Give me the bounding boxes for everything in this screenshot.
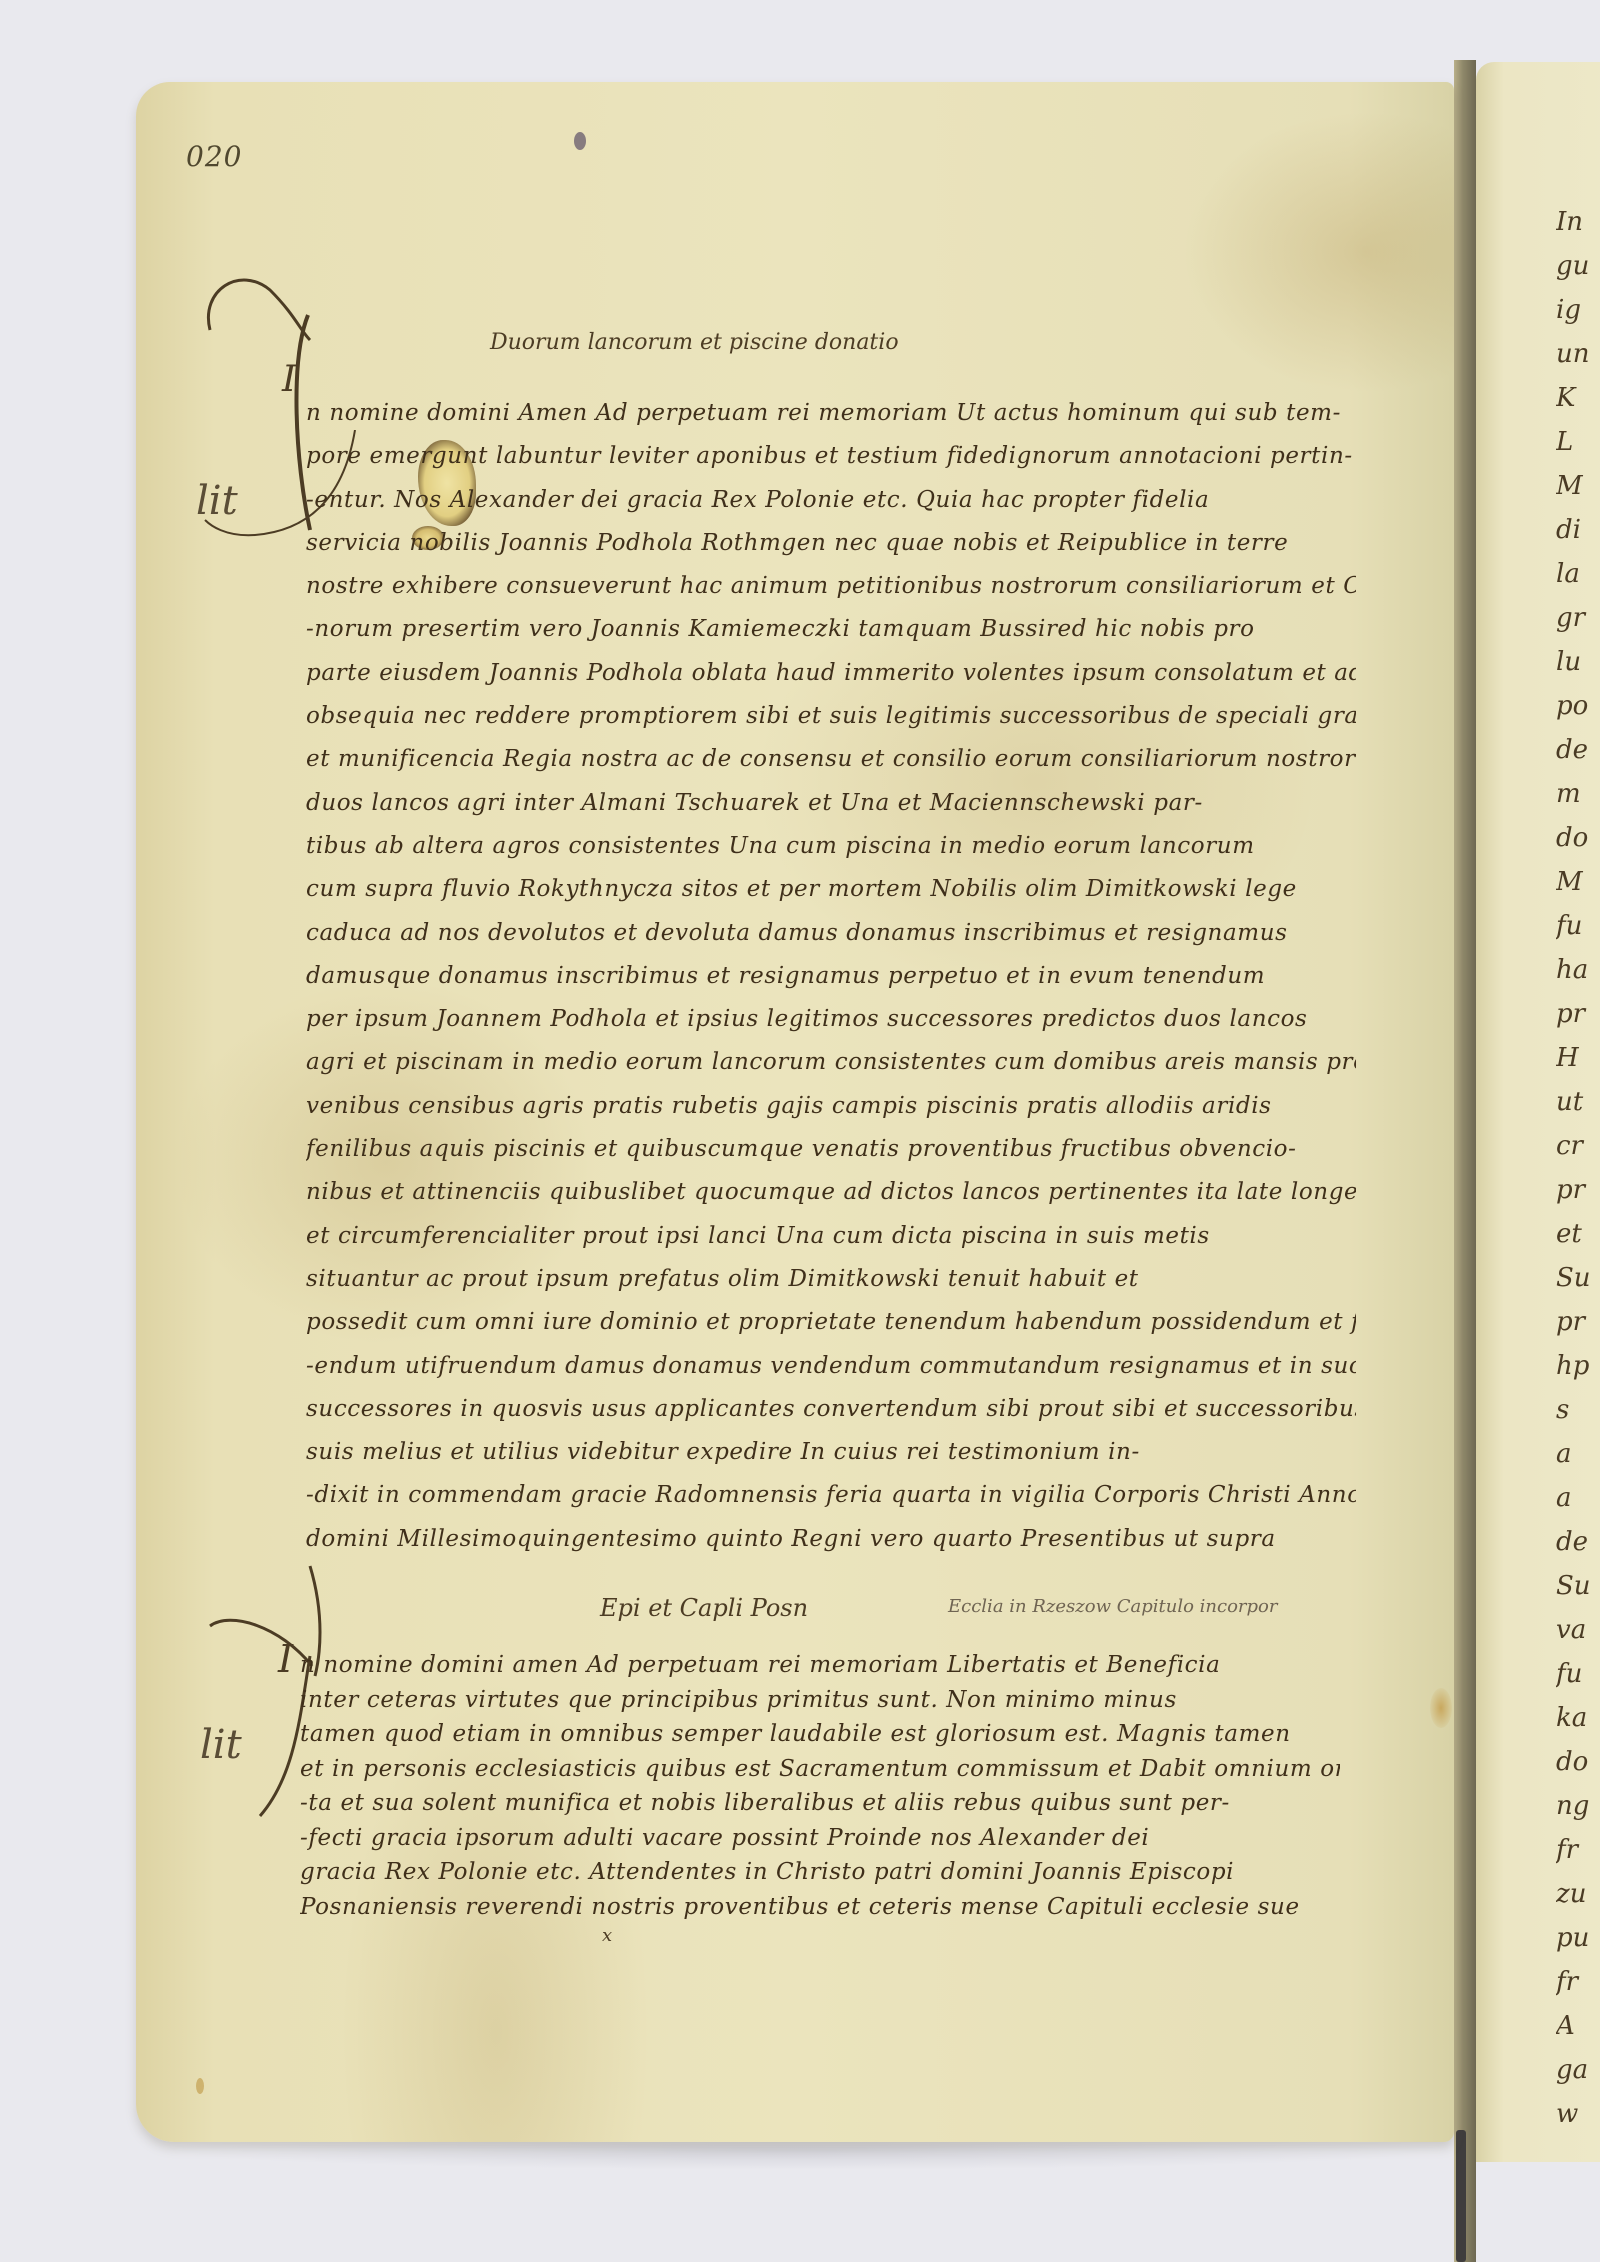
facing-page-fragment: un [1556, 332, 1600, 376]
facing-page-fragment: pr [1556, 992, 1600, 1036]
facing-page-fragment: do [1556, 816, 1600, 860]
stain-bottom [196, 2078, 204, 2094]
folio-number: 020 [186, 140, 242, 173]
entry-1-margin-mark: lit [196, 478, 238, 524]
manuscript-line: servicia nobilis Joannis Podhola Rothmge… [306, 522, 1356, 565]
facing-page-fragment: gr [1556, 596, 1600, 640]
entry-1-heading: Duorum lancorum et piscine donatio [490, 330, 899, 355]
facing-page-fragment: ha [1556, 948, 1600, 992]
facing-page-fragment: zu [1556, 1872, 1600, 1916]
facing-page-fragment: Su [1556, 1564, 1600, 1608]
facing-page-fragment: ut [1556, 1080, 1600, 1124]
entry-1-initial: I [282, 362, 296, 398]
facing-page-fragment: pu [1556, 1916, 1600, 1960]
manuscript-line: et circumferencialiter prout ipsi lanci … [306, 1215, 1356, 1258]
manuscript-line: n nomine domini Amen Ad perpetuam rei me… [306, 392, 1356, 435]
facing-page-fragment: Su [1556, 1256, 1600, 1300]
manuscript-line: -norum presertim vero Joannis Kamiemeczk… [306, 608, 1356, 651]
facing-page-fragment: ka [1556, 1696, 1600, 1740]
manuscript-line: et munificencia Regia nostra ac de conse… [306, 738, 1356, 781]
facing-page-fragment: A [1556, 2004, 1600, 2048]
facing-page-fragment: M [1556, 860, 1600, 904]
facing-page-fragment: pr [1556, 1300, 1600, 1344]
manuscript-line: nostre exhibere consueverunt hac animum … [306, 565, 1356, 608]
facing-page-fragment: do [1556, 1740, 1600, 1784]
entry-2-heading: Epi et Capli Posn [600, 1594, 808, 1622]
manuscript-line: tamen quod etiam in omnibus semper lauda… [300, 1717, 1340, 1752]
facing-page-fragment: a [1556, 1432, 1600, 1476]
manuscript-line: successores in quosvis usus applicantes … [306, 1388, 1356, 1431]
facing-page-fragment: pr [1556, 1168, 1600, 1212]
manuscript-line: duos lancos agri inter Almani Tschuarek … [306, 782, 1356, 825]
facing-page-fragment: M [1556, 464, 1600, 508]
manuscript-line: cum supra fluvio Rokythnycza sitos et pe… [306, 868, 1356, 911]
manuscript-line: agri et piscinam in medio eorum lancorum… [306, 1041, 1356, 1084]
stain-gutter [1430, 1688, 1452, 1728]
manuscript-line: -endum utifruendum damus donamus vendend… [306, 1345, 1356, 1388]
facing-page-fragment: w [1556, 2092, 1600, 2136]
manuscript-line: venibus censibus agris pratis rubetis ga… [306, 1085, 1356, 1128]
book-gutter [1454, 60, 1476, 2262]
facing-page-fragment: de [1556, 728, 1600, 772]
facing-page-fragment: a [1556, 1476, 1600, 1520]
manuscript-line: gracia Rex Polonie etc. Attendentes in C… [300, 1855, 1340, 1890]
facing-page-fragment: fr [1556, 1960, 1600, 2004]
manuscript-line: situantur ac prout ipsum prefatus olim D… [306, 1258, 1356, 1301]
binding-cord [1456, 2130, 1466, 2262]
footer-mark: x [602, 1925, 612, 1946]
facing-page-fragment: la [1556, 552, 1600, 596]
facing-page-fragment: et [1556, 1212, 1600, 1256]
facing-page-fragment: fr [1556, 1828, 1600, 1872]
manuscript-line: fenilibus aquis piscinis et quibuscumque… [306, 1128, 1356, 1171]
manuscript-line: n nomine domini amen Ad perpetuam rei me… [300, 1648, 1340, 1683]
manuscript-line: suis melius et utilius videbitur expedir… [306, 1431, 1356, 1474]
manuscript-line: Posnaniensis reverendi nostris proventib… [300, 1890, 1340, 1925]
facing-page-fragment: di [1556, 508, 1600, 552]
manuscript-line: caduca ad nos devolutos et devoluta damu… [306, 912, 1356, 955]
facing-page-fragment: H [1556, 1036, 1600, 1080]
ink-blot [574, 132, 586, 150]
manuscript-line: per ipsum Joannem Podhola et ipsius legi… [306, 998, 1356, 1041]
manuscript-line: -fecti gracia ipsorum adulti vacare poss… [300, 1821, 1340, 1856]
manuscript-line: -dixit in commendam gracie Radomnensis f… [306, 1474, 1356, 1517]
facing-page-fragment: In [1556, 200, 1600, 244]
facing-page-fragment: po [1556, 684, 1600, 728]
facing-page-fragment: ng [1556, 1784, 1600, 1828]
facing-page-fragment: hp [1556, 1344, 1600, 1388]
facing-page-fragment: gu [1556, 244, 1600, 288]
manuscript-line: damusque donamus inscribimus et resignam… [306, 955, 1356, 998]
entry-2-marginal-note: Ecclia in Rzeszow Capitulo incorpor [948, 1596, 1277, 1617]
facing-page-fragment: K [1556, 376, 1600, 420]
manuscript-line: pore emergunt labuntur leviter aponibus … [306, 435, 1356, 478]
manuscript-line: -entur. Nos Alexander dei gracia Rex Pol… [306, 479, 1356, 522]
entry-2-text: n nomine domini amen Ad perpetuam rei me… [300, 1648, 1340, 1924]
facing-page-fragment: va [1556, 1608, 1600, 1652]
facing-page-text: InguigunKLMdilagrlupodemdoMfuhaprHutcrpr… [1556, 200, 1600, 2136]
facing-page-fragment: fu [1556, 1652, 1600, 1696]
manuscript-line: obsequia nec reddere promptiorem sibi et… [306, 695, 1356, 738]
facing-page-fragment: lu [1556, 640, 1600, 684]
entry-1-text: n nomine domini Amen Ad perpetuam rei me… [306, 392, 1356, 1561]
facing-page-fragment: cr [1556, 1124, 1600, 1168]
facing-page-fragment: s [1556, 1388, 1600, 1432]
manuscript-line: inter ceteras virtutes que principibus p… [300, 1683, 1340, 1718]
manuscript-line: parte eiusdem Joannis Podhola oblata hau… [306, 652, 1356, 695]
facing-page-fragment: fu [1556, 904, 1600, 948]
entry-2-initial: I [278, 1640, 293, 1678]
facing-page-fragment: m [1556, 772, 1600, 816]
manuscript-line: tibus ab altera agros consistentes Una c… [306, 825, 1356, 868]
facing-page-fragment: L [1556, 420, 1600, 464]
manuscript-line: nibus et attinenciis quibuslibet quocumq… [306, 1171, 1356, 1214]
manuscript-line: possedit cum omni iure dominio et propri… [306, 1301, 1356, 1344]
facing-page-fragment: ga [1556, 2048, 1600, 2092]
entry-2-margin-mark: lit [200, 1722, 242, 1768]
manuscript-line: -ta et sua solent munifica et nobis libe… [300, 1786, 1340, 1821]
manuscript-line: et in personis ecclesiasticis quibus est… [300, 1752, 1340, 1787]
manuscript-line: domini Millesimoquingentesimo quinto Reg… [306, 1518, 1356, 1561]
facing-page-fragment: ig [1556, 288, 1600, 332]
facing-page-fragment: de [1556, 1520, 1600, 1564]
